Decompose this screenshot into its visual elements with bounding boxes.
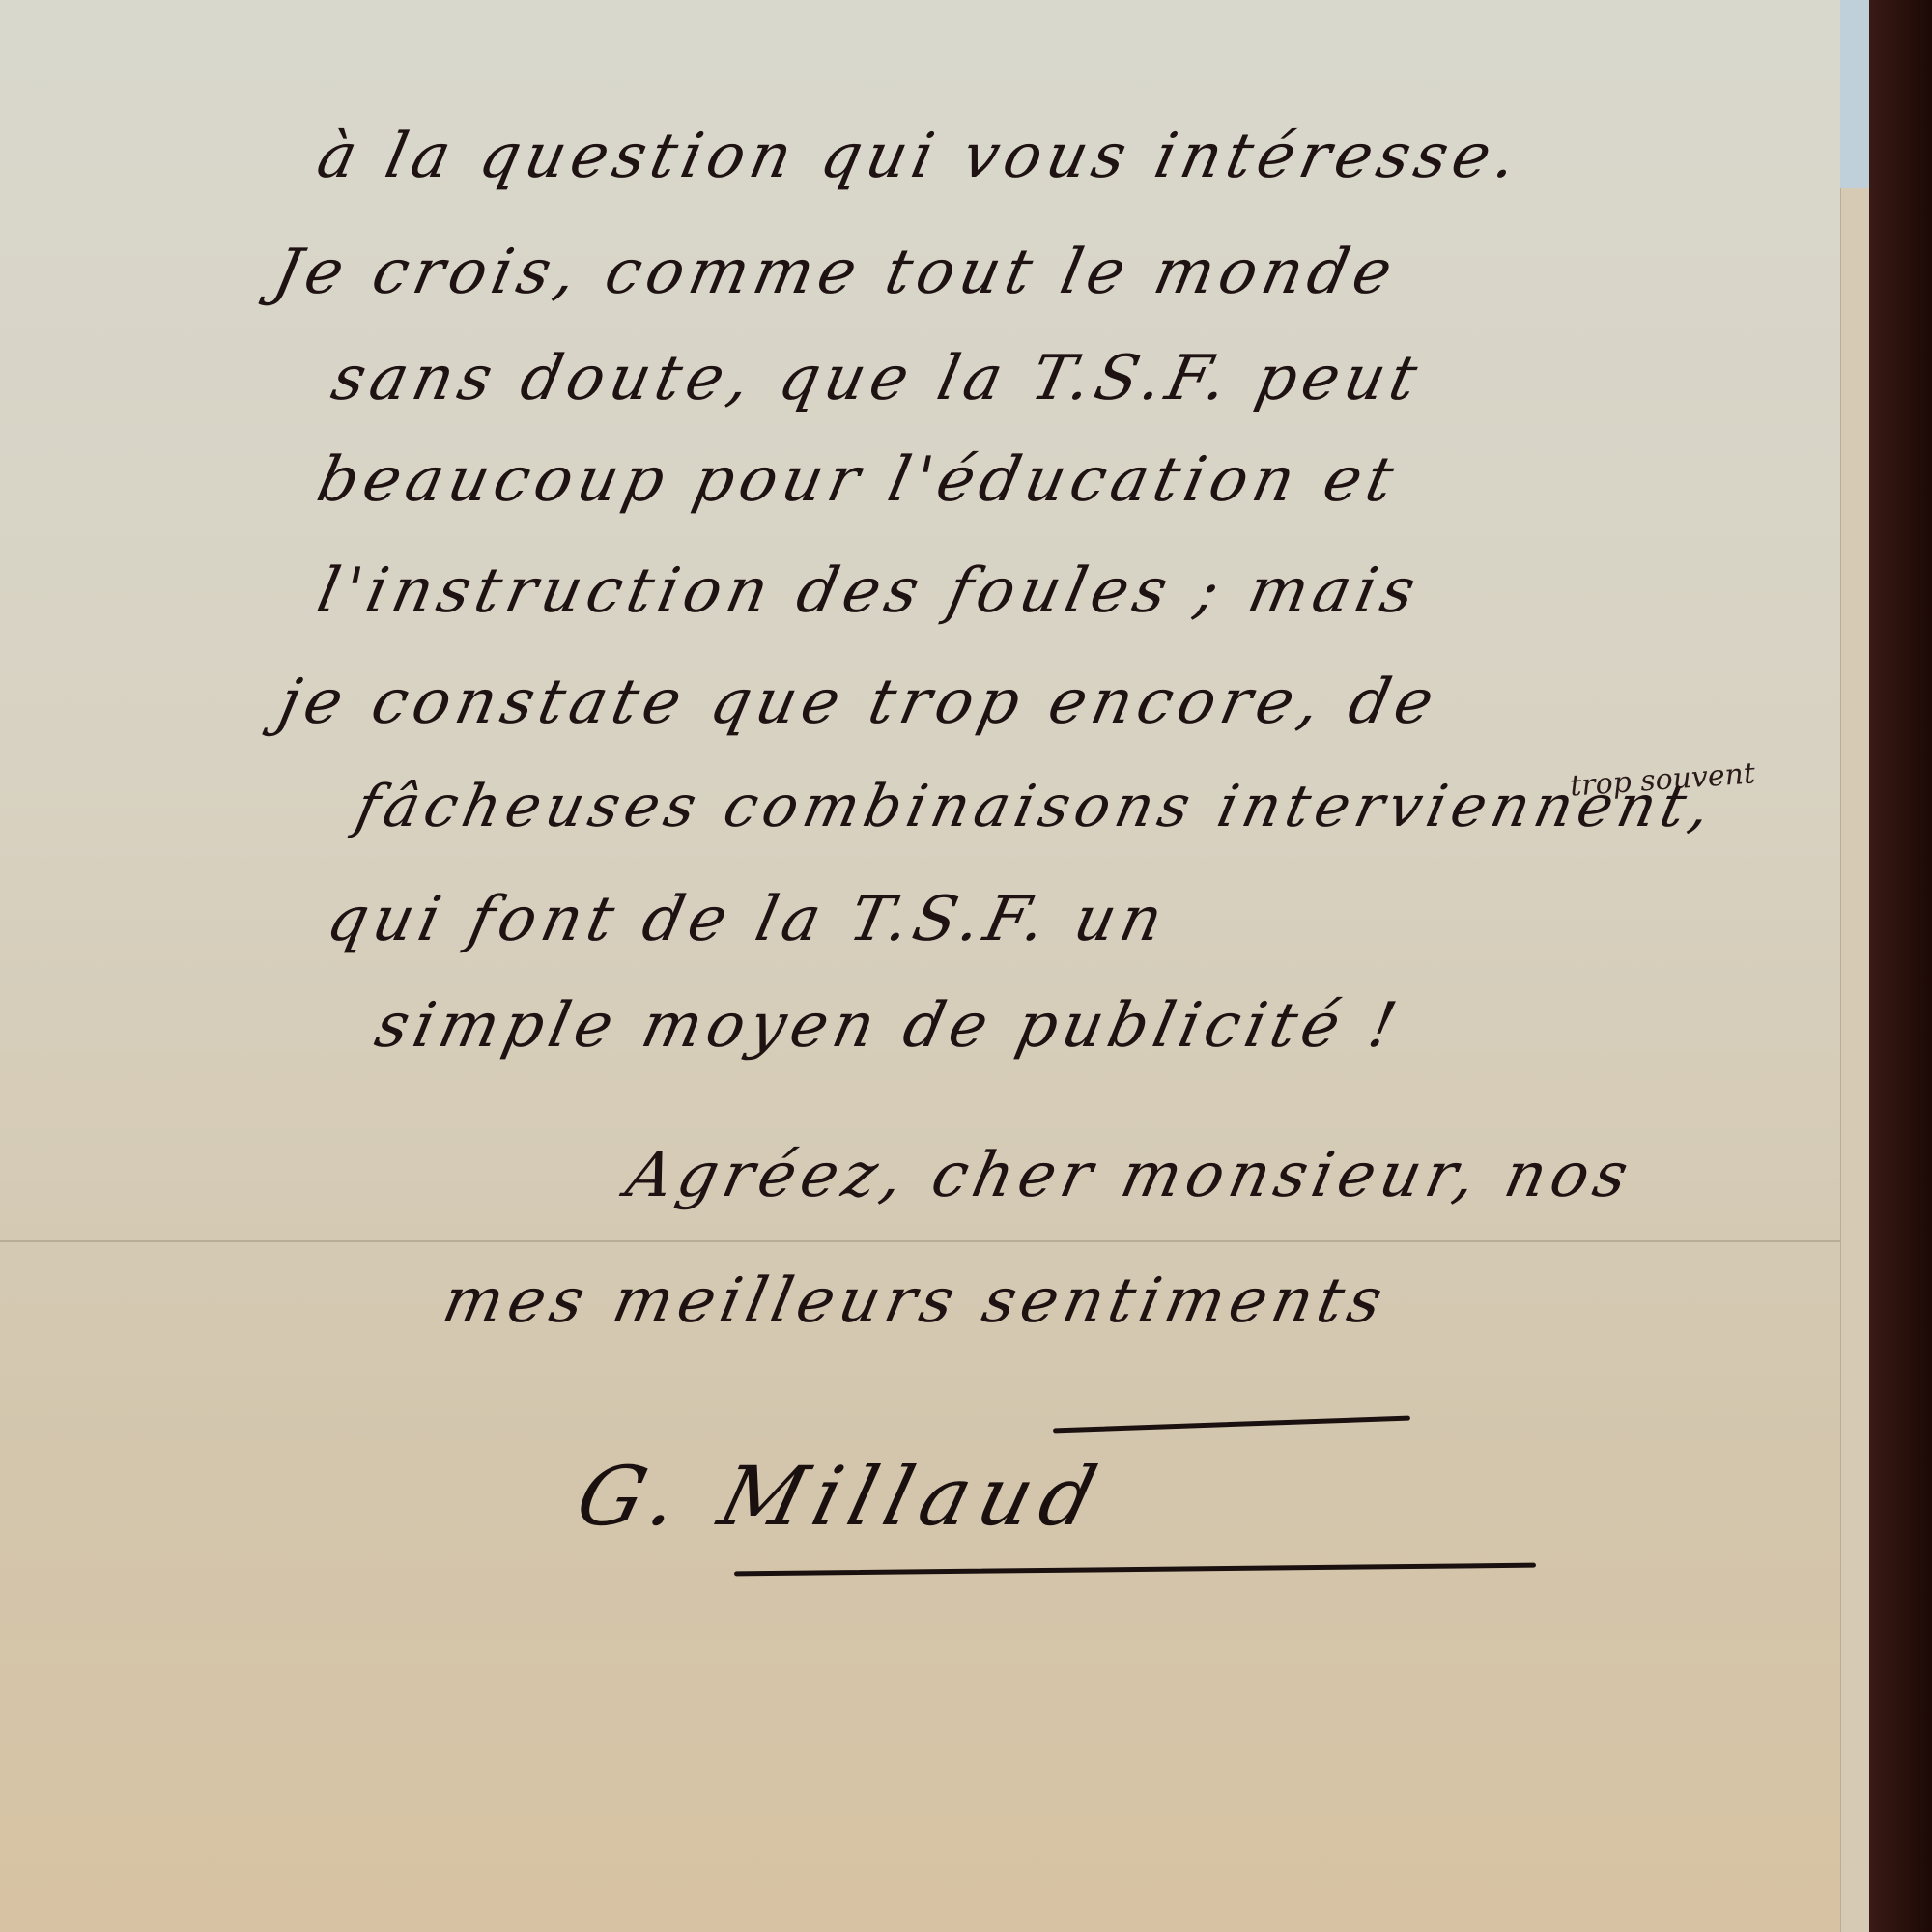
signature-flourish-top	[1053, 1416, 1410, 1434]
letter-line-7: fâcheuses combinaisons interviennent,	[351, 773, 1722, 840]
letter-line-6: je constate que trop encore, de	[272, 667, 1445, 738]
letter-line-4: beaucoup pour l'éducation et	[311, 444, 1406, 516]
signature-underline	[734, 1563, 1536, 1577]
letter-line-3: sans doute, que la T.S.F. peut	[326, 343, 1429, 414]
letter-line-9: simple moyen de publicité !	[369, 990, 1407, 1062]
signature: G. Millaud	[568, 1449, 1116, 1544]
letter-line-2: Je crois, comme tout le monde	[268, 237, 1404, 308]
letter-body: à la question qui vous intéresse. Je cro…	[0, 0, 1840, 1932]
underlying-sheet-edge	[1840, 188, 1870, 1932]
letter-closing-2: mes meilleurs sentiments	[437, 1265, 1394, 1337]
dark-frame-edge	[1869, 0, 1932, 1932]
letter-line-5: l'instruction des foules ; mais	[311, 555, 1427, 627]
letter-closing-1: Agréez, cher monsieur, nos	[620, 1140, 1639, 1211]
letter-line-8: qui font de la T.S.F. un	[321, 884, 1174, 955]
letter-line-1: à la question qui vous intéresse.	[311, 121, 1528, 192]
